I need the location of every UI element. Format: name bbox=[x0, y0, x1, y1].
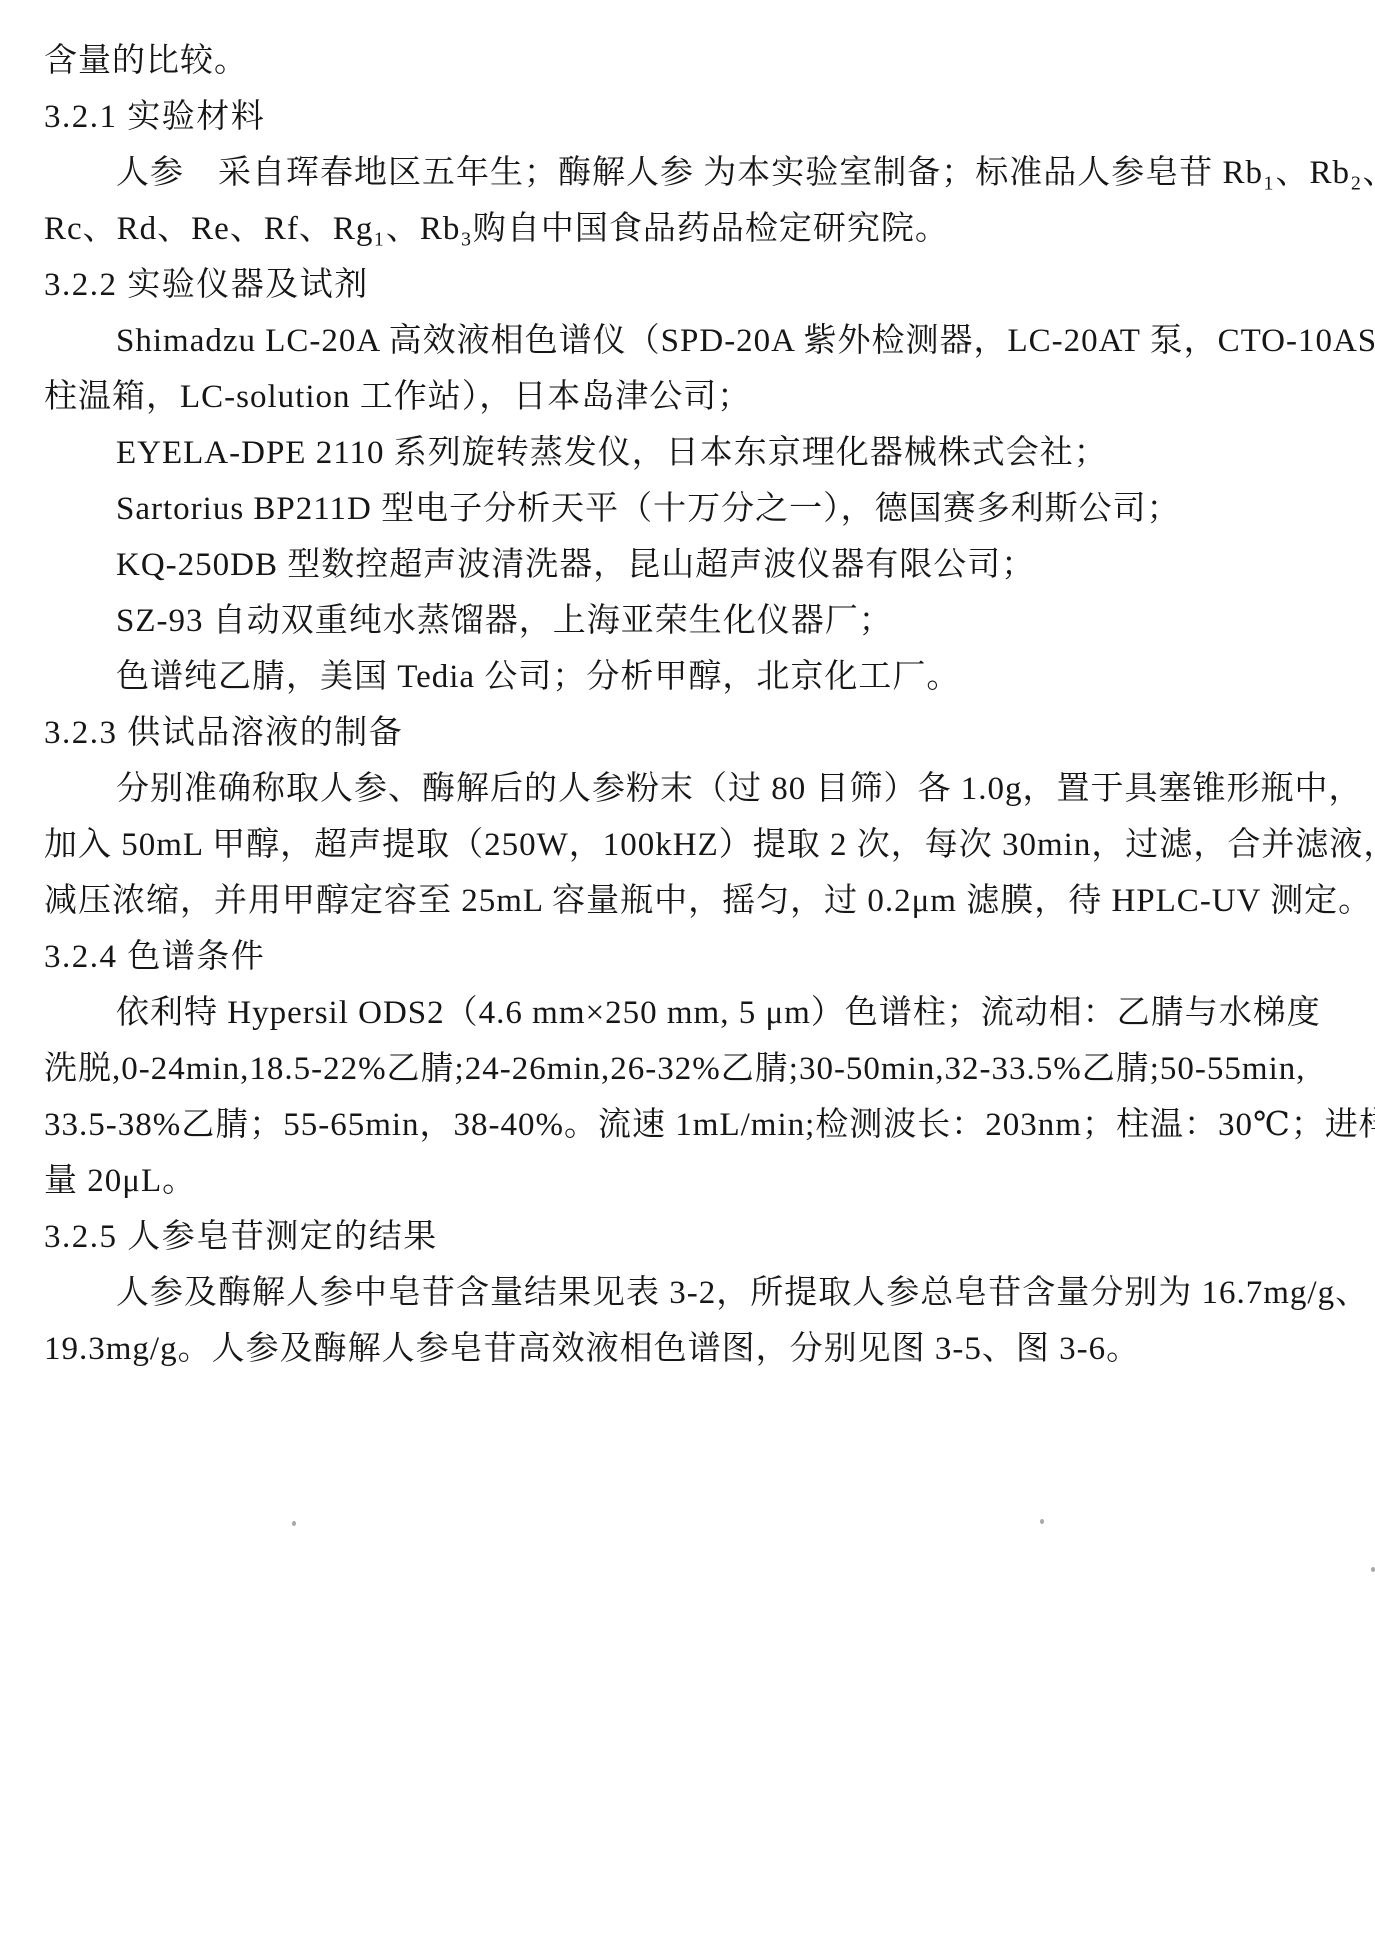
section-heading: 3.2.2 实验仪器及试剂 bbox=[44, 257, 1339, 313]
text-line: Shimadzu LC-20A 高效液相色谱仪（SPD-20A 紫外检测器，LC… bbox=[44, 313, 1339, 369]
text-line: 依利特 Hypersil ODS2（4.6 mm×250 mm, 5 μm）色谱… bbox=[44, 985, 1339, 1041]
document-page: 含量的比较。3.2.1 实验材料人参 采自珲春地区五年生；酶解人参 为本实验室制… bbox=[0, 0, 1375, 1942]
text-line: 人参及酶解人参中皂苷含量结果见表 3-2，所提取人参总皂苷含量分别为 16.7m… bbox=[44, 1265, 1339, 1321]
text-line: 量 20μL。 bbox=[44, 1153, 1339, 1209]
text-line: 加入 50mL 甲醇，超声提取（250W，100kHZ）提取 2 次，每次 30… bbox=[44, 817, 1339, 873]
text-line: 19.3mg/g。人参及酶解人参皂苷高效液相色谱图，分别见图 3-5、图 3-6… bbox=[44, 1321, 1339, 1377]
text-line: 含量的比较。 bbox=[44, 33, 1339, 89]
text-line: 色谱纯乙腈，美国 Tedia 公司；分析甲醇，北京化工厂。 bbox=[44, 649, 1339, 705]
scan-artifact-dot bbox=[1040, 1519, 1044, 1524]
page-content: 含量的比较。3.2.1 实验材料人参 采自珲春地区五年生；酶解人参 为本实验室制… bbox=[44, 33, 1339, 1377]
section-heading: 3.2.1 实验材料 bbox=[44, 89, 1339, 145]
text-line: 人参 采自珲春地区五年生；酶解人参 为本实验室制备；标准品人参皂苷 Rb₁、Rb… bbox=[44, 145, 1339, 201]
scan-artifact-dot bbox=[292, 1521, 296, 1526]
text-line: 减压浓缩，并用甲醇定容至 25mL 容量瓶中，摇匀，过 0.2μm 滤膜，待 H… bbox=[44, 873, 1339, 929]
text-line: SZ-93 自动双重纯水蒸馏器，上海亚荣生化仪器厂； bbox=[44, 593, 1339, 649]
text-line: Sartorius BP211D 型电子分析天平（十万分之一），德国赛多利斯公司… bbox=[44, 481, 1339, 537]
text-line: EYELA-DPE 2110 系列旋转蒸发仪，日本东京理化器械株式会社； bbox=[44, 425, 1339, 481]
text-line: KQ-250DB 型数控超声波清洗器，昆山超声波仪器有限公司； bbox=[44, 537, 1339, 593]
scan-artifact-dot bbox=[1371, 1567, 1375, 1572]
text-line: 洗脱,0-24min,18.5-22%乙腈;24-26min,26-32%乙腈;… bbox=[44, 1041, 1339, 1097]
section-heading: 3.2.3 供试品溶液的制备 bbox=[44, 705, 1339, 761]
text-line: 33.5-38%乙腈；55-65min，38-40%。流速 1mL/min;检测… bbox=[44, 1097, 1339, 1153]
section-heading: 3.2.4 色谱条件 bbox=[44, 929, 1339, 985]
text-line: 分别准确称取人参、酶解后的人参粉末（过 80 目筛）各 1.0g，置于具塞锥形瓶… bbox=[44, 761, 1339, 817]
text-line: Rc、Rd、Re、Rf、Rg₁、Rb₃购自中国食品药品检定研究院。 bbox=[44, 201, 1339, 257]
section-heading: 3.2.5 人参皂苷测定的结果 bbox=[44, 1209, 1339, 1265]
text-line: 柱温箱，LC-solution 工作站），日本岛津公司； bbox=[44, 369, 1339, 425]
